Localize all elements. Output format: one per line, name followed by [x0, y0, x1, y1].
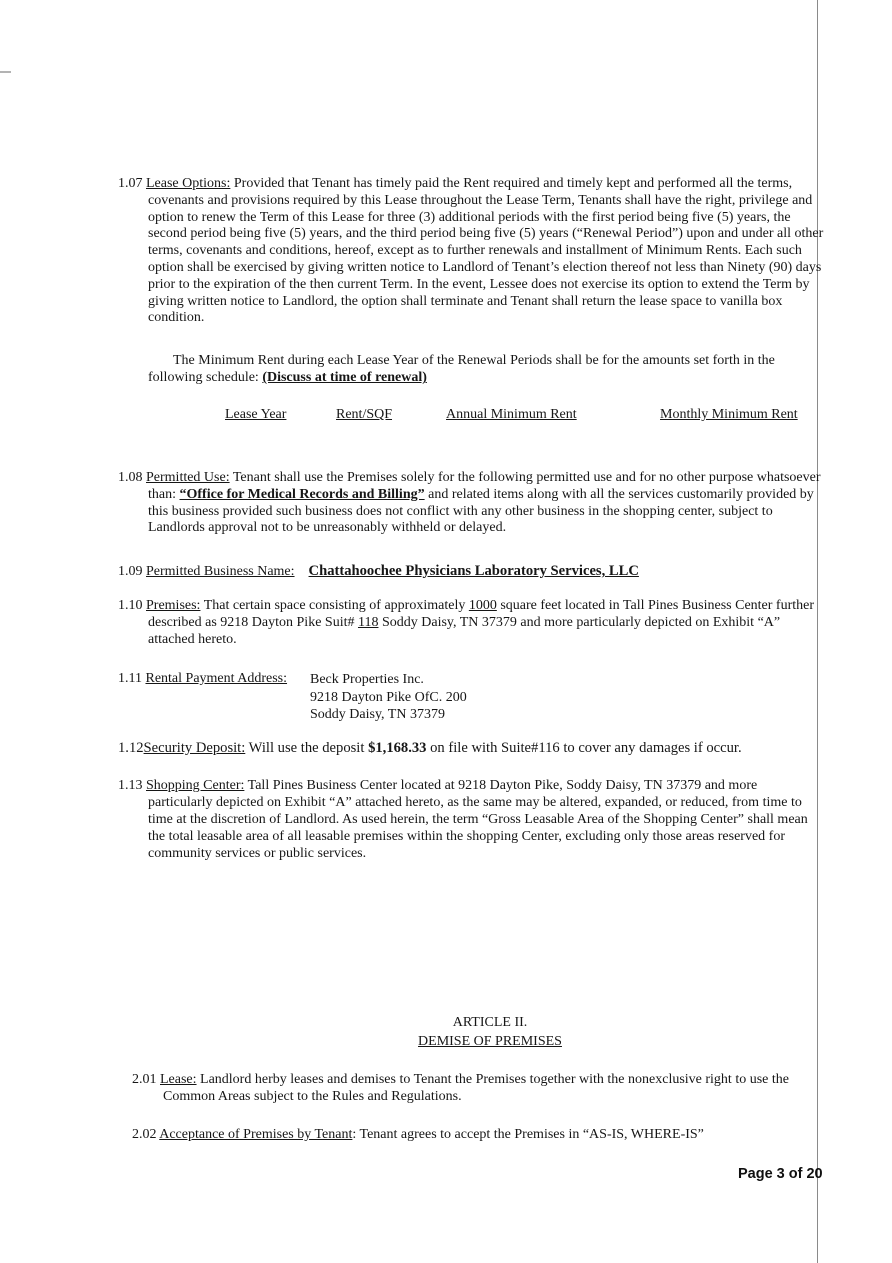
section-number: 1.08	[118, 470, 143, 485]
section-label: Premises:	[146, 598, 200, 613]
minimum-rent-intro: The Minimum Rent during each Lease Year …	[148, 353, 775, 385]
discuss-at-renewal-note: (Discuss at time of renewal)	[262, 370, 427, 385]
section-number: 2.02	[132, 1127, 157, 1142]
section-body: Will use the deposit	[245, 740, 368, 756]
section-1-10-premises: 1.10 Premises: That certain space consis…	[118, 598, 824, 648]
article-ii-subtitle: DEMISE OF PREMISES	[118, 1033, 862, 1052]
section-1-07-lease-options: 1.07 Lease Options: Provided that Tenant…	[118, 176, 824, 327]
rent-table-header-rent-sqf: Rent/SQF	[336, 407, 392, 423]
business-name-value: Chattahoochee Physicians Laboratory Serv…	[309, 563, 639, 579]
section-body: on file with Suite#116 to cover any dama…	[426, 740, 741, 756]
rent-table-header-monthly-minimum-rent: Monthly Minimum Rent	[660, 407, 798, 423]
article-ii-heading: ARTICLE II. DEMISE OF PREMISES	[118, 1014, 862, 1051]
section-body: That certain space consisting of approxi…	[200, 598, 468, 613]
section-1-09-permitted-business-name: 1.09 Permitted Business Name:Chattahooch…	[118, 563, 639, 581]
section-body: Tall Pines Business Center located at 92…	[148, 778, 808, 861]
section-label: Acceptance of Premises by Tenant	[159, 1127, 352, 1142]
section-body: Provided that Tenant has timely paid the…	[148, 176, 823, 325]
section-body: Tenant agrees to accept the Premises in …	[356, 1127, 704, 1142]
address-line: 9218 Dayton Pike OfC. 200	[310, 689, 467, 707]
section-1-11-rental-payment-address: 1.11 Rental Payment Address:	[118, 671, 287, 688]
section-number: 1.11	[118, 671, 142, 686]
section-number: 1.10	[118, 598, 143, 613]
section-2-02-acceptance-of-premises: 2.02 Acceptance of Premises by Tenant: T…	[132, 1127, 704, 1144]
section-label: Lease Options:	[146, 176, 230, 191]
minimum-rent-paragraph: The Minimum Rent during each Lease Year …	[148, 352, 824, 387]
square-feet-value: 1000	[469, 598, 497, 613]
scan-dash-artifact	[0, 71, 11, 73]
permitted-use-value: “Office for Medical Records and Billing”	[180, 487, 425, 502]
section-label: Security Deposit:	[144, 740, 246, 756]
section-2-01-lease: 2.01 Lease: Landlord herby leases and de…	[132, 1071, 824, 1105]
rental-payment-address-block: Beck Properties Inc. 9218 Dayton Pike Of…	[310, 671, 467, 724]
rent-table-header-annual-minimum-rent: Annual Minimum Rent	[446, 407, 577, 423]
section-1-13-shopping-center: 1.13 Shopping Center: Tall Pines Busines…	[118, 777, 824, 862]
deposit-amount-value: $1,168.33	[368, 740, 426, 756]
section-label: Permitted Use:	[146, 470, 230, 485]
page-number-footer: Page 3 of 20	[738, 1166, 823, 1182]
section-number: 1.12	[118, 740, 144, 756]
lease-document-page: 1.07 Lease Options: Provided that Tenant…	[0, 0, 892, 1263]
section-number: 1.09	[118, 564, 143, 579]
section-label: Lease:	[160, 1072, 197, 1087]
section-label: Shopping Center:	[146, 778, 244, 793]
section-number: 1.07	[118, 176, 143, 191]
section-1-08-permitted-use: 1.08 Permitted Use: Tenant shall use the…	[118, 470, 824, 537]
section-body: Landlord herby leases and demises to Ten…	[163, 1072, 789, 1104]
section-label: Rental Payment Address:	[145, 671, 287, 686]
suite-number-value: 118	[358, 615, 378, 630]
section-1-12-security-deposit: 1.12Security Deposit: Will use the depos…	[118, 740, 742, 757]
rent-table-header-lease-year: Lease Year	[225, 407, 286, 423]
address-line: Beck Properties Inc.	[310, 671, 467, 689]
section-number: 2.01	[132, 1072, 157, 1087]
section-number: 1.13	[118, 778, 143, 793]
address-line: Soddy Daisy, TN 37379	[310, 706, 467, 724]
section-label: Permitted Business Name:	[146, 564, 295, 579]
article-ii-title: ARTICLE II.	[118, 1014, 862, 1033]
